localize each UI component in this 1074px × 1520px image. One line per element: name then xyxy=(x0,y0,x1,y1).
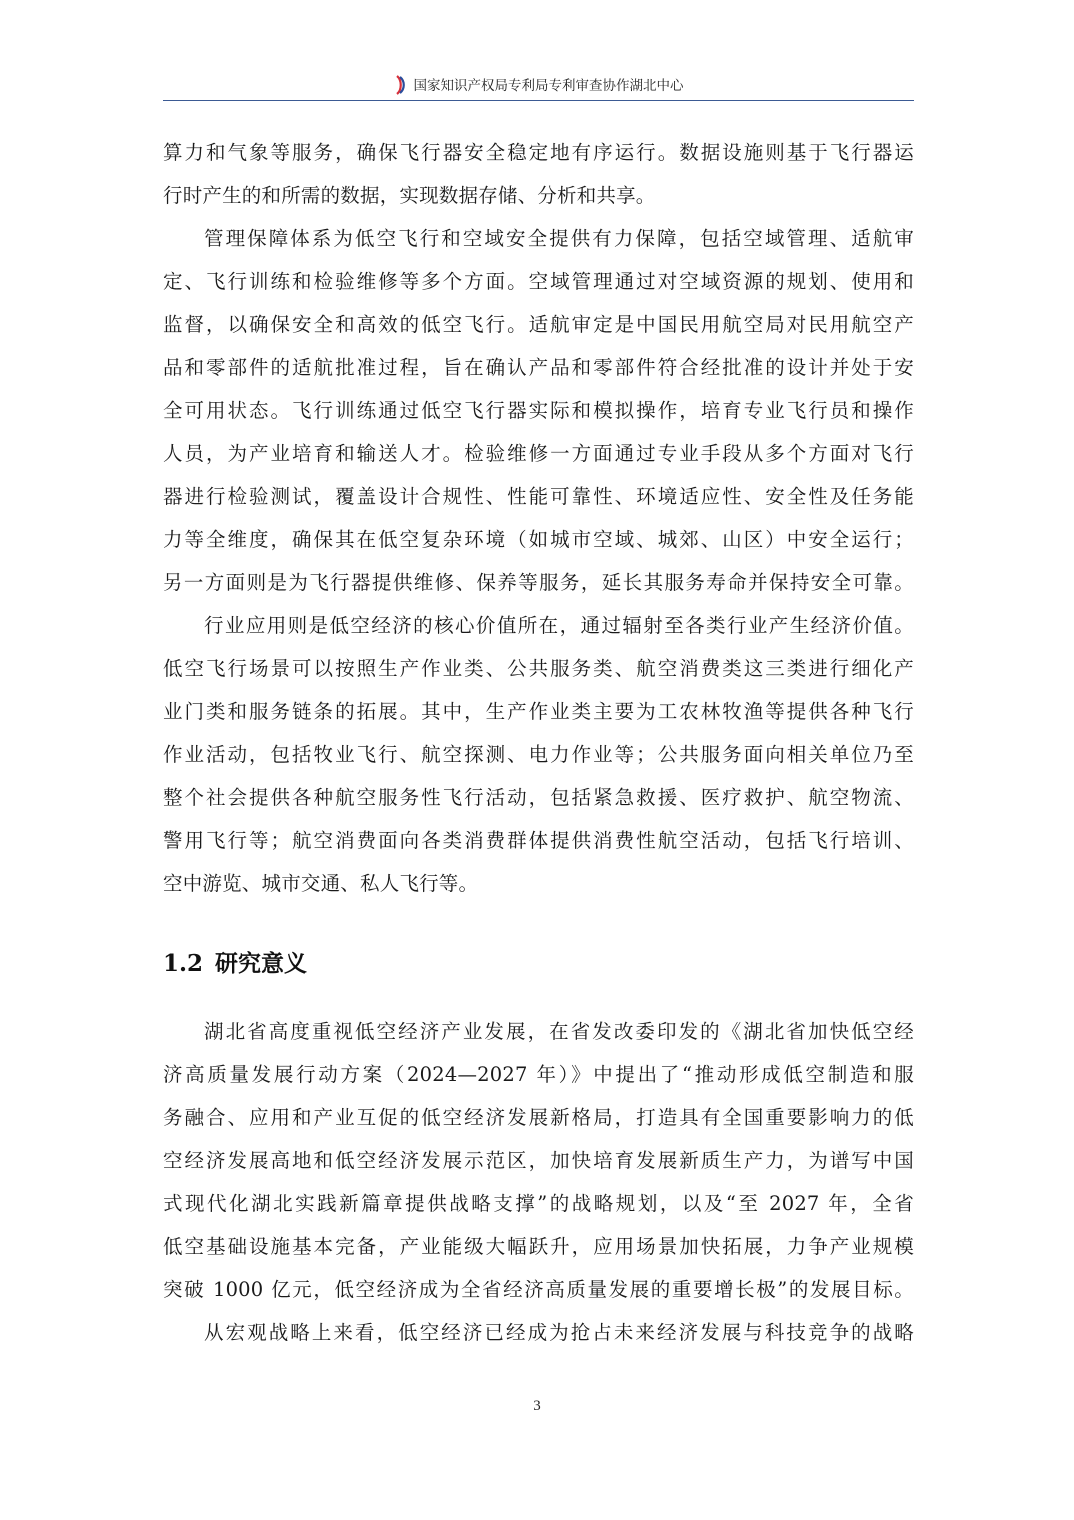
text-line: 力等全维度，确保其在低空复杂环境（如城市空域、城郊、山区）中安全运行； xyxy=(163,518,914,561)
bracket-logo-icon xyxy=(394,75,406,95)
text-line: 警用飞行等；航空消费面向各类消费群体提供消费性航空活动，包括飞行培训、 xyxy=(163,819,914,862)
section-b-body: 湖北省高度重视低空经济产业发展，在省发改委印发的《湖北省加快低空经 济高质量发展… xyxy=(163,1010,914,1354)
page-header: 国家知识产权局专利局专利审查协作湖北中心 xyxy=(163,72,914,100)
text-line: 务融合、应用和产业互促的低空经济发展新格局，打造具有全国重要影响力的低 xyxy=(163,1096,914,1139)
text-line: 全可用状态。飞行训练通过低空飞行器实际和模拟操作，培育专业飞行员和操作 xyxy=(163,389,914,432)
text-line: 另一方面则是为飞行器提供维修、保养等服务，延长其服务寿命并保持安全可靠。 xyxy=(163,561,914,604)
header-rule xyxy=(163,100,914,101)
text-line: 低空飞行场景可以按照生产作业类、公共服务类、航空消费类这三类进行细化产 xyxy=(163,647,914,690)
section-a-body: 算力和气象等服务，确保飞行器安全稳定地有序运行。数据设施则基于飞行器运 行时产生… xyxy=(163,131,914,905)
text-line: 监督，以确保安全和高效的低空飞行。适航审定是中国民用航空局对民用航空产 xyxy=(163,303,914,346)
text-line: 定、飞行训练和检验维修等多个方面。空域管理通过对空域资源的规划、使用和 xyxy=(163,260,914,303)
text-line: 式现代化湖北实践新篇章提供战略支撑”的战略规划，以及“至 2027 年，全省 xyxy=(163,1182,914,1225)
text-line: 行时产生的和所需的数据，实现数据存储、分析和共享。 xyxy=(163,174,914,217)
text-line: 低空基础设施基本完备，产业能级大幅跃升，应用场景加快拓展，力争产业规模 xyxy=(163,1225,914,1268)
section-title: 研究意义 xyxy=(215,950,307,977)
page-number: 3 xyxy=(0,1398,1074,1415)
section-heading: 1.2研究意义 xyxy=(163,944,307,984)
header-title-row: 国家知识产权局专利局专利审查协作湖北中心 xyxy=(163,72,914,100)
text-line: 湖北省高度重视低空经济产业发展，在省发改委印发的《湖北省加快低空经 xyxy=(163,1010,914,1053)
text-line: 突破 1000 亿元，低空经济成为全省经济高质量发展的重要增长极”的发展目标。 xyxy=(163,1268,914,1311)
text-line: 作业活动，包括牧业飞行、航空探测、电力作业等；公共服务面向相关单位乃至 xyxy=(163,733,914,776)
text-line: 空中游览、城市交通、私人飞行等。 xyxy=(163,862,914,905)
text-line: 算力和气象等服务，确保飞行器安全稳定地有序运行。数据设施则基于飞行器运 xyxy=(163,131,914,174)
text-line: 济高质量发展行动方案（2024—2027 年）》中提出了“推动形成低空制造和服 xyxy=(163,1053,914,1096)
text-line: 人员，为产业培育和输送人才。检验维修一方面通过专业手段从多个方面对飞行 xyxy=(163,432,914,475)
text-line: 从宏观战略上来看，低空经济已经成为抢占未来经济发展与科技竞争的战略 xyxy=(163,1311,914,1354)
text-line: 行业应用则是低空经济的核心价值所在，通过辐射至各类行业产生经济价值。 xyxy=(163,604,914,647)
text-line: 品和零部件的适航批准过程，旨在确认产品和零部件符合经批准的设计并处于安 xyxy=(163,346,914,389)
text-line: 业门类和服务链条的拓展。其中，生产作业类主要为工农林牧渔等提供各种飞行 xyxy=(163,690,914,733)
text-line: 空经济发展高地和低空经济发展示范区，加快培育发展新质生产力，为谱写中国 xyxy=(163,1139,914,1182)
text-line: 器进行检验测试，覆盖设计合规性、性能可靠性、环境适应性、安全性及任务能 xyxy=(163,475,914,518)
text-line: 管理保障体系为低空飞行和空域安全提供有力保障，包括空域管理、适航审 xyxy=(163,217,914,260)
text-line: 整个社会提供各种航空服务性飞行活动，包括紧急救援、医疗救护、航空物流、 xyxy=(163,776,914,819)
header-title: 国家知识产权局专利局专利审查协作湖北中心 xyxy=(414,78,684,94)
section-number: 1.2 xyxy=(163,950,203,977)
